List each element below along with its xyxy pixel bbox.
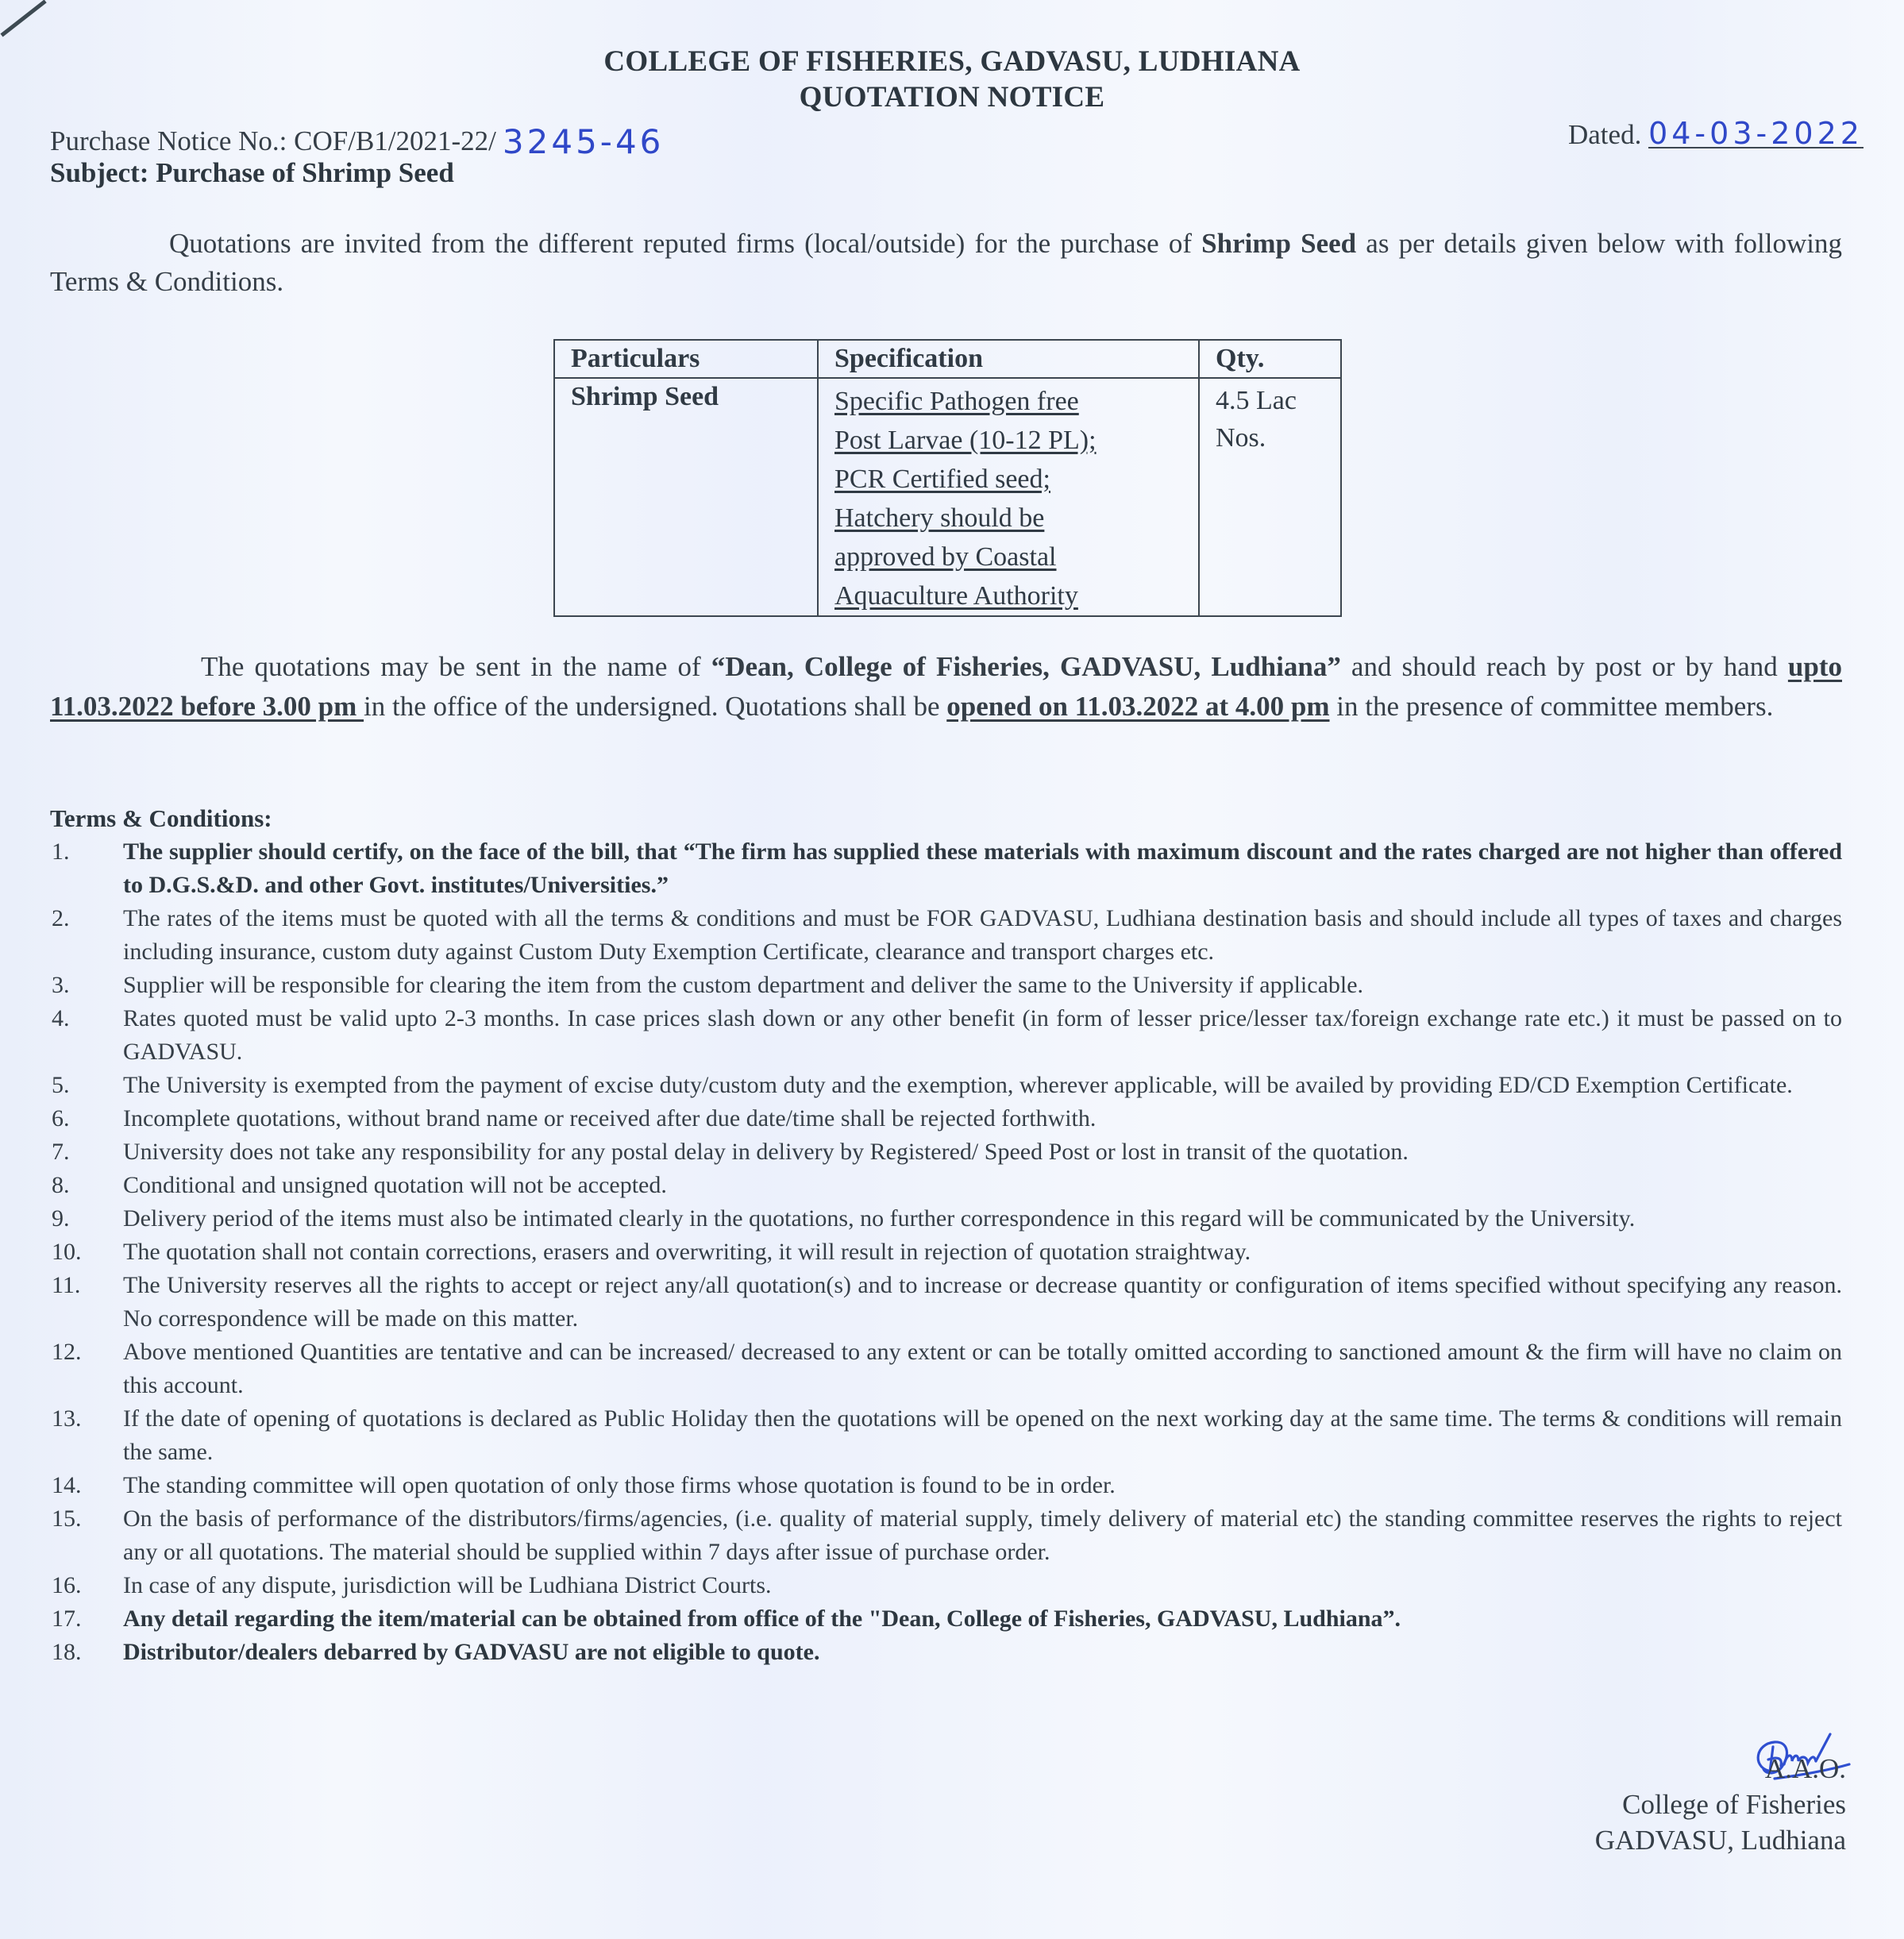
signatory-office: College of Fisheries	[1595, 1787, 1846, 1822]
submission-paragraph: The quotations may be sent in the name o…	[50, 647, 1842, 727]
intro-paragraph: Quotations are invited from the differen…	[50, 225, 1842, 301]
intro-item-name: Shrimp Seed	[1201, 228, 1356, 259]
col-header-qty: Qty.	[1199, 340, 1341, 378]
cell-specification: Specific Pathogen free Post Larvae (10-1…	[818, 378, 1199, 616]
term-number: 18.	[52, 1636, 82, 1669]
spec-line: PCR Certified seed;	[834, 460, 1182, 499]
purchase-notice-number: Purchase Notice No.: COF/B1/2021-22/3245…	[50, 119, 664, 158]
submission-text: and should reach by post or by hand	[1341, 651, 1788, 682]
term-text: University does not take any responsibil…	[123, 1135, 1842, 1169]
term-item: 12.Above mentioned Quantities are tentat…	[0, 1336, 1904, 1402]
term-text: Above mentioned Quantities are tentative…	[123, 1336, 1842, 1402]
term-number: 1.	[52, 835, 70, 869]
document-title: QUOTATION NOTICE	[0, 80, 1904, 114]
term-item: 7.University does not take any responsib…	[0, 1135, 1904, 1169]
subject-line: Subject: Purchase of Shrimp Seed	[50, 157, 454, 189]
term-item: 3.Supplier will be responsible for clear…	[0, 969, 1904, 1002]
notice-date: Dated. 04-03-2022	[1568, 119, 1864, 151]
spec-line: Specific Pathogen free	[834, 382, 1182, 421]
intro-text: Quotations are invited from the differen…	[169, 228, 1201, 259]
term-number: 17.	[52, 1602, 82, 1636]
term-number: 13.	[52, 1402, 82, 1436]
term-item: 13.If the date of opening of quotations …	[0, 1402, 1904, 1469]
term-text: Distributor/dealers debarred by GADVASU …	[123, 1636, 1842, 1669]
qty-line: 4.5 Lac	[1216, 382, 1324, 419]
term-number: 12.	[52, 1336, 82, 1369]
term-number: 6.	[52, 1102, 70, 1135]
notice-number-label: Purchase Notice No.: COF/B1/2021-22/	[50, 125, 496, 156]
term-number: 4.	[52, 1002, 70, 1035]
term-text: Any detail regarding the item/material c…	[123, 1602, 1842, 1636]
term-number: 8.	[52, 1169, 70, 1202]
submission-text: in the presence of committee members.	[1330, 691, 1774, 722]
submission-text: The quotations may be sent in the name o…	[201, 651, 711, 682]
table-header-row: Particulars Specification Qty.	[554, 340, 1341, 378]
handwritten-notice-number: 3245-46	[503, 122, 665, 161]
term-text: The University is exempted from the paym…	[123, 1069, 1842, 1102]
term-item: 5.The University is exempted from the pa…	[0, 1069, 1904, 1102]
cell-particulars: Shrimp Seed	[554, 378, 818, 616]
term-item: 9.Delivery period of the items must also…	[0, 1202, 1904, 1235]
term-item: 17.Any detail regarding the item/materia…	[0, 1602, 1904, 1636]
term-item: 15.On the basis of performance of the di…	[0, 1502, 1904, 1569]
term-text: The standing committee will open quotati…	[123, 1469, 1842, 1502]
term-number: 15.	[52, 1502, 82, 1536]
col-header-particulars: Particulars	[554, 340, 818, 378]
qty-line: Nos.	[1216, 419, 1324, 457]
term-item: 18.Distributor/dealers debarred by GADVA…	[0, 1636, 1904, 1669]
signatory-designation: A.A.O.	[1595, 1751, 1846, 1787]
term-item: 10.The quotation shall not contain corre…	[0, 1235, 1904, 1269]
col-header-specification: Specification	[818, 340, 1199, 378]
term-number: 16.	[52, 1569, 82, 1602]
term-number: 3.	[52, 969, 70, 1002]
term-text: Conditional and unsigned quotation will …	[123, 1169, 1842, 1202]
specification-table: Particulars Specification Qty. Shrimp Se…	[553, 339, 1342, 617]
terms-heading: Terms & Conditions:	[50, 804, 272, 833]
term-text: On the basis of performance of the distr…	[123, 1502, 1842, 1569]
term-number: 11.	[52, 1269, 80, 1302]
term-item: 14.The standing committee will open quot…	[0, 1469, 1904, 1502]
term-item: 2.The rates of the items must be quoted …	[0, 902, 1904, 969]
term-item: 6.Incomplete quotations, without brand n…	[0, 1102, 1904, 1135]
signature-block: A.A.O. College of Fisheries GADVASU, Lud…	[1595, 1751, 1846, 1858]
term-text: Rates quoted must be valid upto 2-3 mont…	[123, 1002, 1842, 1069]
term-text: Incomplete quotations, without brand nam…	[123, 1102, 1842, 1135]
terms-list: 1.The supplier should certify, on the fa…	[0, 835, 1904, 1669]
term-text: If the date of opening of quotations is …	[123, 1402, 1842, 1469]
institution-heading: COLLEGE OF FISHERIES, GADVASU, LUDHIANA	[0, 44, 1904, 79]
term-number: 9.	[52, 1202, 70, 1235]
term-number: 7.	[52, 1135, 70, 1169]
cell-qty: 4.5 Lac Nos.	[1199, 378, 1341, 616]
opening-date: opened on 11.03.2022 at 4.00 pm	[946, 691, 1329, 722]
term-text: The supplier should certify, on the face…	[123, 835, 1842, 902]
scan-edge-mark	[0, 0, 46, 37]
spec-line: approved by Coastal	[834, 538, 1182, 576]
spec-line: Aquaculture Authority	[834, 576, 1182, 615]
term-number: 14.	[52, 1469, 82, 1502]
signatory-university: GADVASU, Ludhiana	[1595, 1822, 1846, 1858]
dated-label: Dated.	[1568, 119, 1641, 150]
term-number: 2.	[52, 902, 70, 935]
term-text: The quotation shall not contain correcti…	[123, 1235, 1842, 1269]
term-item: 1.The supplier should certify, on the fa…	[0, 835, 1904, 902]
spec-line: Hatchery should be	[834, 499, 1182, 538]
table-row: Shrimp Seed Specific Pathogen free Post …	[554, 378, 1341, 616]
term-item: 8.Conditional and unsigned quotation wil…	[0, 1169, 1904, 1202]
term-number: 5.	[52, 1069, 70, 1102]
term-item: 11.The University reserves all the right…	[0, 1269, 1904, 1336]
term-text: In case of any dispute, jurisdiction wil…	[123, 1569, 1842, 1602]
handwritten-date: 04-03-2022	[1648, 120, 1864, 148]
term-text: Supplier will be responsible for clearin…	[123, 969, 1842, 1002]
term-text: The University reserves all the rights t…	[123, 1269, 1842, 1336]
addressee: “Dean, College of Fisheries, GADVASU, Lu…	[711, 651, 1341, 682]
spec-line: Post Larvae (10-12 PL);	[834, 421, 1182, 460]
term-item: 4.Rates quoted must be valid upto 2-3 mo…	[0, 1002, 1904, 1069]
term-item: 16.In case of any dispute, jurisdiction …	[0, 1569, 1904, 1602]
term-number: 10.	[52, 1235, 82, 1269]
term-text: Delivery period of the items must also b…	[123, 1202, 1842, 1235]
submission-text: in the office of the undersigned. Quotat…	[364, 691, 946, 722]
term-text: The rates of the items must be quoted wi…	[123, 902, 1842, 969]
